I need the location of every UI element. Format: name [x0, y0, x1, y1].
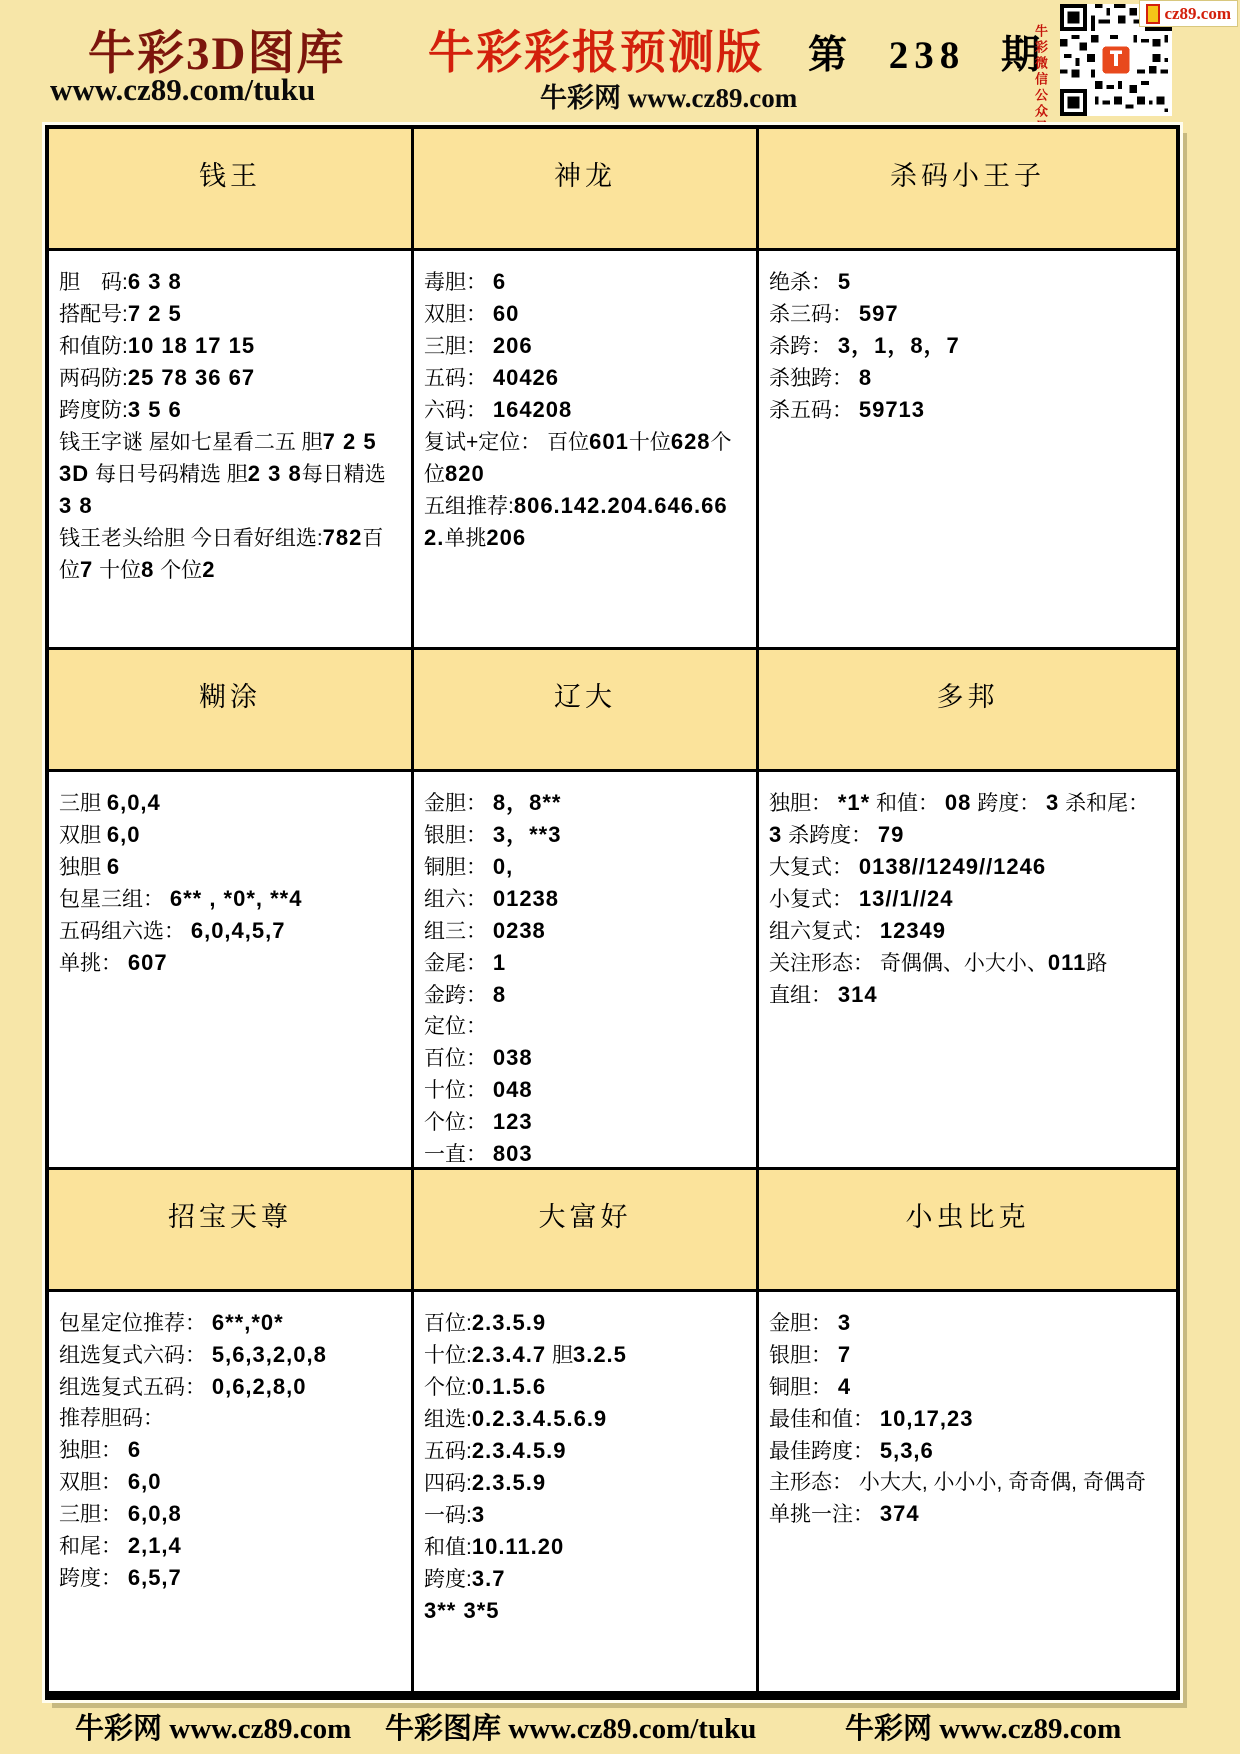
prediction-value: 374 [880, 1501, 920, 1526]
prediction-value: 164208 [493, 397, 572, 422]
prediction-label: 五码： [424, 367, 493, 390]
prediction-value: 7 [80, 557, 93, 582]
prediction-panel-xiaochong-bike: 小虫比克 金胆： 3银胆： 7铜胆： 4最佳和值： 10,17,23最佳跨度： … [759, 1170, 1176, 1691]
prediction-label: 一直： [424, 1143, 493, 1166]
prediction-line: 推荐胆码： [59, 1403, 401, 1434]
prediction-value: 01238 [493, 886, 559, 911]
prediction-value: 3，**3 [493, 822, 562, 847]
prediction-label: 跨度： [971, 792, 1046, 815]
prediction-line: 最佳和值： 10,17,23 [769, 1403, 1166, 1435]
prediction-value: 12349 [880, 918, 946, 943]
prediction-value: 6,0 [107, 822, 141, 847]
prediction-line: 跨度防:3 5 6 [59, 394, 401, 426]
prediction-value: 8 [141, 557, 154, 582]
site-url: www.cz89.com/tuku [50, 72, 315, 108]
prediction-line: 双胆： 6,0 [59, 1466, 401, 1498]
prediction-label: 杀三码： [769, 303, 859, 326]
prediction-line: 独胆： 6 [59, 1434, 401, 1466]
prediction-line: 银胆： 7 [769, 1339, 1166, 1371]
prediction-line: 3D 每日号码精选 胆2 3 8每日精选 3 8 [59, 458, 401, 522]
prediction-value: 3D [59, 461, 89, 486]
prediction-value: 3.7 [472, 1566, 506, 1591]
panel-title: 多邦 [759, 650, 1176, 772]
prediction-label: 和值： [870, 792, 945, 815]
prediction-value: 7 2 5 [323, 429, 377, 454]
prediction-label: 独胆： [769, 792, 838, 815]
prediction-line: 包星三组： 6** , *0*, **4 [59, 883, 401, 915]
prediction-line: 和值防:10 18 17 15 [59, 330, 401, 362]
panel-title: 钱王 [49, 129, 411, 251]
prediction-panel-hutu: 糊涂 三胆 6,0,4双胆 6,0独胆 6包星三组： 6** , *0*, **… [49, 650, 414, 1171]
prediction-value: 7 [838, 1342, 851, 1367]
panel-title: 大富好 [414, 1170, 756, 1292]
prediction-value: 6 [128, 1437, 141, 1462]
prediction-label: 和尾： [59, 1535, 128, 1558]
corner-logo: cz89.com [1139, 0, 1238, 27]
prediction-value: 6,0,4 [107, 790, 161, 815]
prediction-line: 银胆： 3，**3 [424, 819, 746, 851]
prediction-label: 三胆： [424, 335, 493, 358]
prediction-label: 搭配号: [59, 303, 128, 326]
prediction-label: 组六复式： [769, 920, 880, 943]
prediction-label: 胆 码: [59, 271, 128, 294]
prediction-value: *1* [838, 790, 870, 815]
prediction-value: 3，1，8，7 [838, 333, 960, 358]
prediction-label: 单挑一注： [769, 1503, 880, 1526]
prediction-label: 组选: [424, 1408, 472, 1431]
prediction-line: 跨度:3.7 [424, 1563, 746, 1595]
prediction-label: 百位： [424, 1047, 493, 1070]
prediction-label: 双胆 [59, 824, 107, 847]
prediction-value: 0.2.3.4.5.6.9 [472, 1406, 607, 1431]
prediction-line: 双胆 6,0 [59, 819, 401, 851]
prediction-line: 两码防:25 78 36 67 [59, 362, 401, 394]
panel-content: 金胆： 8，8**银胆： 3，**3铜胆： 0,组六： 01238组三： 023… [414, 772, 756, 1170]
prediction-value: 2,1,4 [128, 1533, 182, 1558]
footer: 牛彩网 www.cz89.com 牛彩图库 www.cz89.com/tuku … [0, 1706, 1240, 1754]
prediction-label: 十位： [424, 1079, 493, 1102]
panel-title: 糊涂 [49, 650, 411, 772]
prediction-label: 主形态： 小大大, 小小小, 奇奇偶, 奇偶奇 [769, 1471, 1146, 1494]
prediction-line: 金胆： 8，8** [424, 787, 746, 819]
prediction-label: 铜胆： [769, 1376, 838, 1399]
prediction-line: 金胆： 3 [769, 1307, 1166, 1339]
prediction-label: 小复式： [769, 888, 859, 911]
prediction-panel-qianwang: 钱王 胆 码:6 3 8搭配号:7 2 5和值防:10 18 17 15两码防:… [49, 129, 414, 650]
prediction-label: 十位 [93, 559, 141, 582]
corner-logo-text: cz89.com [1164, 4, 1231, 24]
prediction-value: 206 [493, 333, 533, 358]
predictions-table: 钱王 胆 码:6 3 8搭配号:7 2 5和值防:10 18 17 15两码防:… [45, 125, 1180, 1700]
prediction-line: 绝杀： 5 [769, 266, 1166, 298]
prediction-label: 五码: [424, 1440, 472, 1463]
prediction-label: 杀跨度： [782, 824, 878, 847]
prediction-panel-dafuhao: 大富好 百位:2.3.5.9十位:2.3.4.7 胆3.2.5个位:0.1.5.… [414, 1170, 759, 1691]
prediction-label: 定位： [424, 1015, 487, 1038]
panel-title: 神龙 [414, 129, 756, 251]
prediction-label: 最佳和值： [769, 1408, 880, 1431]
prediction-value: 6,0,8 [128, 1501, 182, 1526]
prediction-label: 银胆： [424, 824, 493, 847]
prediction-label: 跨度防: [59, 399, 128, 422]
prediction-value: 3 [1046, 790, 1059, 815]
prediction-label: 银胆： [769, 1344, 838, 1367]
prediction-label: 复试+定位： 百位 [424, 431, 589, 454]
prediction-value: 60 [493, 301, 519, 326]
prediction-panel-shenlong: 神龙 毒胆： 6双胆： 60三胆： 206五码： 40426六码： 164208… [414, 129, 759, 650]
prediction-label: 金跨： [424, 984, 493, 1007]
panel-content: 百位:2.3.5.9十位:2.3.4.7 胆3.2.5个位:0.1.5.6组选:… [414, 1292, 756, 1691]
prediction-value: 123 [493, 1109, 533, 1134]
prediction-label: 大复式： [769, 856, 859, 879]
prediction-line: 组选复式六码： 5,6,3,2,0,8 [59, 1339, 401, 1371]
prediction-label: 杀跨： [769, 335, 838, 358]
prediction-label: 双胆： [424, 303, 493, 326]
prediction-label: 最佳跨度： [769, 1440, 880, 1463]
prediction-line: 胆 码:6 3 8 [59, 266, 401, 298]
prediction-line: 钱王老头给胆 今日看好组选:782百位7 十位8 个位2 [59, 522, 401, 586]
prediction-value: 3** 3*5 [424, 1598, 500, 1623]
prediction-line: 组选:0.2.3.4.5.6.9 [424, 1403, 746, 1435]
panel-title: 小虫比克 [759, 1170, 1176, 1292]
prediction-line: 十位： 048 [424, 1074, 746, 1106]
prediction-value: 4 [838, 1374, 851, 1399]
prediction-line: 组三： 0238 [424, 915, 746, 947]
prediction-panel-zhaobao-tianzun: 招宝天尊 包星定位推荐： 6**,*0*组选复式六码： 5,6,3,2,0,8组… [49, 1170, 414, 1691]
prediction-value: 8 [859, 365, 872, 390]
prediction-label: 跨度： [59, 1567, 128, 1590]
prediction-label: 钱王老头给胆 今日看好组选: [59, 527, 323, 550]
prediction-label: 每日精选 [302, 463, 386, 486]
prediction-line: 大复式： 0138//1249//1246 [769, 851, 1166, 883]
prediction-value: 2.3.5.9 [472, 1310, 546, 1335]
prediction-label: 钱王字谜 屋如七星看二五 胆 [59, 431, 323, 454]
prediction-value: 3 [769, 822, 782, 847]
prediction-line: 五码： 40426 [424, 362, 746, 394]
prediction-label: 五组推荐: [424, 495, 514, 518]
prediction-label: 金胆： [424, 792, 493, 815]
prediction-line: 百位： 038 [424, 1042, 746, 1074]
prediction-value: 79 [878, 822, 904, 847]
prediction-line: 最佳跨度： 5,3,6 [769, 1435, 1166, 1467]
prediction-line: 单挑： 607 [59, 947, 401, 979]
prediction-label: 胆 [546, 1344, 573, 1367]
panel-content: 胆 码:6 3 8搭配号:7 2 5和值防:10 18 17 15两码防:25 … [49, 251, 411, 647]
prediction-label: 百位: [424, 1312, 472, 1335]
prediction-value: 5 [838, 269, 851, 294]
prediction-value: 6 [107, 854, 120, 879]
prediction-label: 杀和尾： [1059, 792, 1149, 815]
prediction-label: 两码防: [59, 367, 128, 390]
prediction-value: 038 [493, 1045, 533, 1070]
prediction-line: 和尾： 2,1,4 [59, 1530, 401, 1562]
prediction-label: 个位 [154, 559, 202, 582]
prediction-label: 路 [1086, 952, 1107, 975]
prediction-line: 主形态： 小大大, 小小小, 奇奇偶, 奇偶奇 [769, 1467, 1166, 1498]
prediction-label: 跨度: [424, 1568, 472, 1591]
prediction-value: 0138//1249//1246 [859, 854, 1046, 879]
prediction-line: 组选复式五码： 0,6,2,8,0 [59, 1371, 401, 1403]
prediction-value: 6,0 [128, 1469, 162, 1494]
prediction-line: 杀独跨： 8 [769, 362, 1166, 394]
prediction-value: 10 18 17 15 [128, 333, 255, 358]
prediction-value: 011 [1048, 950, 1087, 975]
prediction-label: 铜胆： [424, 856, 493, 879]
prediction-line: 五码:2.3.4.5.9 [424, 1435, 746, 1467]
prediction-label: 组选复式五码： [59, 1376, 212, 1399]
prediction-value: 3.2.5 [573, 1342, 627, 1367]
prediction-value: 314 [838, 982, 878, 1007]
prediction-line: 搭配号:7 2 5 [59, 298, 401, 330]
footer-tuku-link-text: 牛彩图库 www.cz89.com/tuku [385, 1706, 756, 1747]
prediction-label: 个位: [424, 1376, 472, 1399]
prediction-label: 独胆 [59, 856, 107, 879]
prediction-value: 6 [493, 269, 506, 294]
prediction-value: 782 [323, 525, 363, 550]
prediction-value: 7 2 5 [128, 301, 182, 326]
prediction-label: 四码: [424, 1472, 472, 1495]
prediction-value: 2.3.5.9 [472, 1470, 546, 1495]
prediction-line: 毒胆： 6 [424, 266, 746, 298]
prediction-label: 三胆： [59, 1503, 128, 1526]
prediction-line: 跨度： 6,5,7 [59, 1562, 401, 1594]
prediction-line: 金跨： 8 [424, 979, 746, 1011]
prediction-line: 个位： 123 [424, 1106, 746, 1138]
prediction-panel-duobang: 多邦 独胆： *1* 和值： 08 跨度： 3 杀和尾： 3 杀跨度： 79大复… [759, 650, 1176, 1171]
prediction-value: 6**,*0* [212, 1310, 284, 1335]
prediction-label: 金尾： [424, 952, 493, 975]
prediction-panel-liaoda: 辽大 金胆： 8，8**银胆： 3，**3铜胆： 0,组六： 01238组三： … [414, 650, 759, 1171]
prediction-line: 五码组六选： 6,0,4,5,7 [59, 915, 401, 947]
prediction-line: 铜胆： 0, [424, 851, 746, 883]
prediction-value: 628 [671, 429, 711, 454]
prediction-line: 三胆： 6,0,8 [59, 1498, 401, 1530]
prediction-panel-shama-xiaowangzi: 杀码小王子 绝杀： 5杀三码： 597杀跨： 3，1，8，7杀独跨： 8杀五码：… [759, 129, 1176, 650]
panel-content: 三胆 6,0,4双胆 6,0独胆 6包星三组： 6** , *0*, **4五码… [49, 772, 411, 1168]
prediction-line: 双胆： 60 [424, 298, 746, 330]
prediction-line: 钱王字谜 屋如七星看二五 胆7 2 5 [59, 426, 401, 458]
prediction-line: 3** 3*5 [424, 1595, 746, 1627]
prediction-line: 个位:0.1.5.6 [424, 1371, 746, 1403]
prediction-label: 个位： [424, 1111, 493, 1134]
prediction-value: 8，8** [493, 790, 562, 815]
prediction-line: 杀跨： 3，1，8，7 [769, 330, 1166, 362]
edition-title: 牛彩彩报预测版 [428, 16, 764, 82]
prediction-label: 和值: [424, 1536, 472, 1559]
prediction-line: 小复式： 13//1//24 [769, 883, 1166, 915]
edition-site-url: 牛彩网 www.cz89.com [540, 76, 797, 115]
corner-logo-icon [1146, 4, 1160, 24]
prediction-label: 三胆 [59, 792, 107, 815]
prediction-line: 百位:2.3.5.9 [424, 1307, 746, 1339]
wechat-account-label: 牛彩微信公众号 [1031, 24, 1050, 136]
prediction-value: 40426 [493, 365, 559, 390]
panel-title: 杀码小王子 [759, 129, 1176, 251]
prediction-label: 单挑 [444, 527, 486, 550]
prediction-value: 0, [493, 854, 513, 879]
prediction-value: 820 [445, 461, 485, 486]
prediction-value: 206 [486, 525, 526, 550]
prediction-value: 5,6,3,2,0,8 [212, 1342, 327, 1367]
prediction-value: 3 5 6 [128, 397, 182, 422]
prediction-value: 2 [202, 557, 215, 582]
prediction-label: 包星三组： [59, 888, 170, 911]
prediction-label: 毒胆： [424, 271, 493, 294]
prediction-label: 每日号码精选 胆 [89, 463, 248, 486]
prediction-value: 3 8 [59, 493, 93, 518]
prediction-line: 复试+定位： 百位601十位628个位820 [424, 426, 746, 490]
prediction-line: 组六复式： 12349 [769, 915, 1166, 947]
prediction-value: 13//1//24 [859, 886, 954, 911]
prediction-line: 四码:2.3.5.9 [424, 1467, 746, 1499]
prediction-line: 组六： 01238 [424, 883, 746, 915]
prediction-line: 一直： 803 [424, 1138, 746, 1170]
prediction-value: 3 [838, 1310, 851, 1335]
prediction-line: 杀五码： 59713 [769, 394, 1166, 426]
prediction-value: 59713 [859, 397, 925, 422]
prediction-line: 金尾： 1 [424, 947, 746, 979]
prediction-value: 5,3,6 [880, 1438, 934, 1463]
prediction-line: 关注形态： 奇偶偶、小大小、011路 [769, 947, 1166, 979]
panel-title: 辽大 [414, 650, 756, 772]
prediction-line: 杀三码： 597 [769, 298, 1166, 330]
prediction-label: 关注形态： 奇偶偶、小大小、 [769, 952, 1048, 975]
prediction-line: 独胆： *1* 和值： 08 跨度： 3 杀和尾： 3 杀跨度： 79 [769, 787, 1166, 851]
prediction-value: 601 [589, 429, 629, 454]
prediction-label: 杀独跨： [769, 367, 859, 390]
prediction-label: 和值防: [59, 335, 128, 358]
prediction-value: 3 [472, 1502, 485, 1527]
prediction-line: 包星定位推荐： 6**,*0* [59, 1307, 401, 1339]
prediction-value: 6,0,4,5,7 [191, 918, 286, 943]
prediction-value: 048 [493, 1077, 533, 1102]
prediction-label: 直组： [769, 984, 838, 1007]
prediction-label: 组选复式六码： [59, 1344, 212, 1367]
panel-content: 包星定位推荐： 6**,*0*组选复式六码： 5,6,3,2,0,8组选复式五码… [49, 1292, 411, 1691]
issue-number: 第 238 期 [808, 24, 1046, 80]
prediction-line: 独胆 6 [59, 851, 401, 883]
prediction-label: 组三： [424, 920, 493, 943]
panel-content: 金胆： 3银胆： 7铜胆： 4最佳和值： 10,17,23最佳跨度： 5,3,6… [759, 1292, 1176, 1691]
prediction-line: 三胆： 206 [424, 330, 746, 362]
prediction-label: 绝杀： [769, 271, 838, 294]
prediction-value: 0.1.5.6 [472, 1374, 546, 1399]
prediction-line: 十位:2.3.4.7 胆3.2.5 [424, 1339, 746, 1371]
prediction-label: 推荐胆码： [59, 1407, 164, 1430]
footer-site-left: 牛彩网 www.cz89.com [75, 1706, 351, 1747]
prediction-label: 包星定位推荐： [59, 1312, 212, 1335]
prediction-value: 1 [493, 950, 506, 975]
prediction-value: 10,17,23 [880, 1406, 974, 1431]
prediction-line: 定位： [424, 1011, 746, 1042]
prediction-label: 单挑： [59, 952, 128, 975]
prediction-value: 2.3.4.7 [472, 1342, 546, 1367]
prediction-label: 五码组六选： [59, 920, 191, 943]
prediction-line: 直组： 314 [769, 979, 1166, 1011]
prediction-value: 10.11.20 [472, 1534, 564, 1559]
prediction-line: 和值:10.11.20 [424, 1531, 746, 1563]
prediction-value: 0,6,2,8,0 [212, 1374, 307, 1399]
panel-content: 独胆： *1* 和值： 08 跨度： 3 杀和尾： 3 杀跨度： 79大复式： … [759, 772, 1176, 1168]
panel-title: 招宝天尊 [49, 1170, 411, 1292]
prediction-value: 6,5,7 [128, 1565, 182, 1590]
prediction-value: 2.3.4.5.9 [472, 1438, 567, 1463]
prediction-value: 607 [128, 950, 168, 975]
prediction-label: 独胆： [59, 1439, 128, 1462]
prediction-line: 五组推荐:806.142.204.646.662.单挑206 [424, 490, 746, 554]
prediction-value: 6** , *0*, **4 [170, 886, 303, 911]
prediction-line: 六码： 164208 [424, 394, 746, 426]
prediction-label: 十位: [424, 1344, 472, 1367]
prediction-value: 6 3 8 [128, 269, 182, 294]
prediction-label: 双胆： [59, 1471, 128, 1494]
footer-site-right: 牛彩网 www.cz89.com [845, 1706, 1121, 1747]
prediction-value: 08 [945, 790, 971, 815]
prediction-label: 杀五码： [769, 399, 859, 422]
prediction-label: 组六： [424, 888, 493, 911]
prediction-value: 8 [493, 982, 506, 1007]
prediction-value: 803 [493, 1141, 533, 1166]
prediction-value: 597 [859, 301, 899, 326]
prediction-value: 0238 [493, 918, 546, 943]
prediction-line: 三胆 6,0,4 [59, 787, 401, 819]
prediction-line: 铜胆： 4 [769, 1371, 1166, 1403]
prediction-value: 2 3 8 [248, 461, 302, 486]
prediction-label: 一码: [424, 1504, 472, 1527]
panel-content: 绝杀： 5杀三码： 597杀跨： 3，1，8，7杀独跨： 8杀五码： 59713 [759, 251, 1176, 647]
prediction-value: 25 78 36 67 [128, 365, 255, 390]
panel-content: 毒胆： 6双胆： 60三胆： 206五码： 40426六码： 164208复试+… [414, 251, 756, 647]
prediction-label: 金胆： [769, 1312, 838, 1335]
prediction-label: 六码： [424, 399, 493, 422]
prediction-label: 十位 [629, 431, 671, 454]
prediction-line: 单挑一注： 374 [769, 1498, 1166, 1530]
prediction-line: 一码:3 [424, 1499, 746, 1531]
